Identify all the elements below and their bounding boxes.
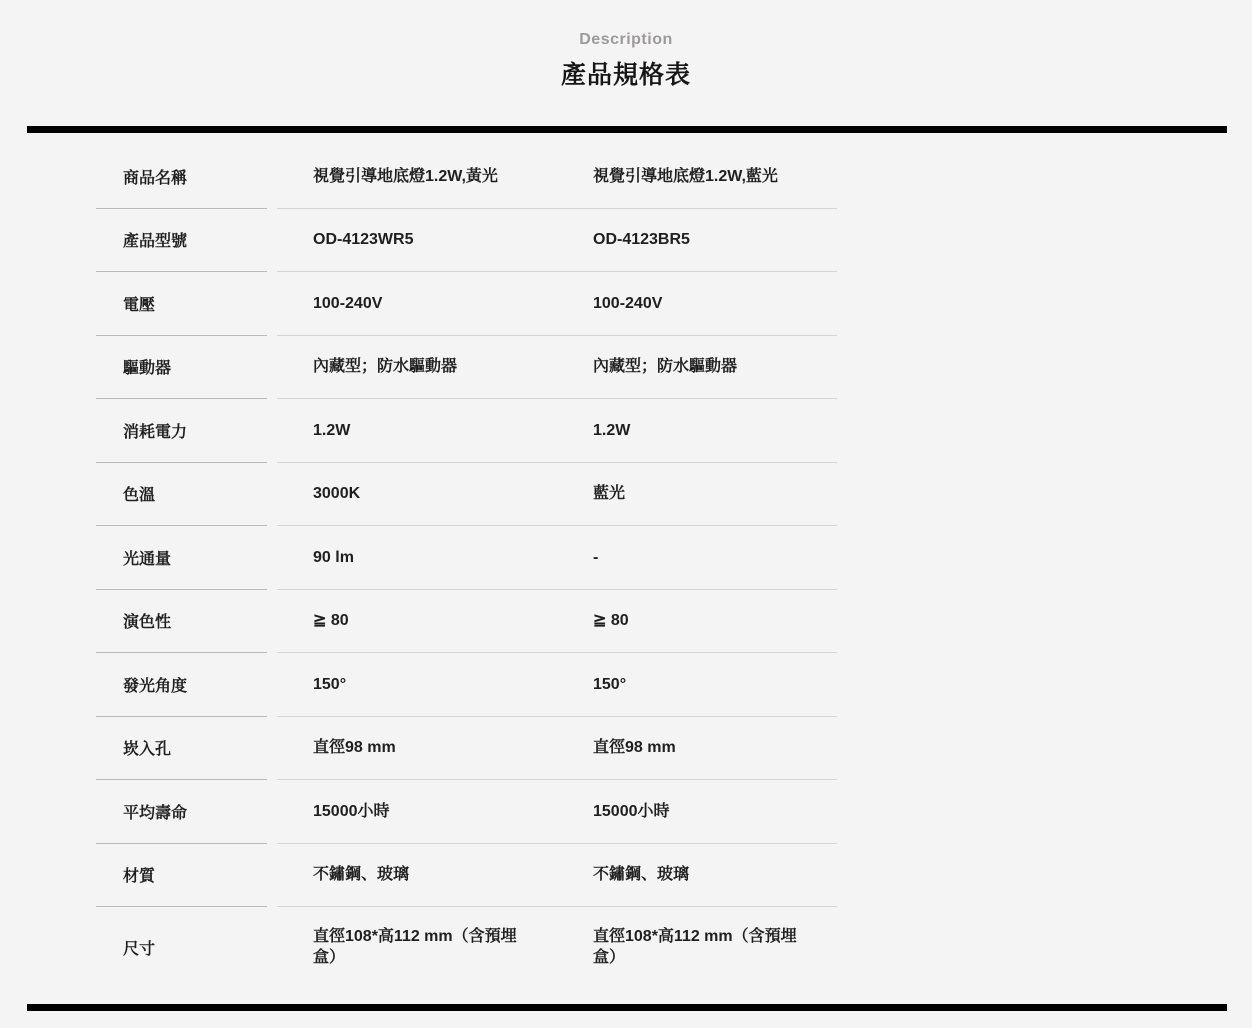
column-gap	[267, 463, 277, 527]
spec-label: 色溫	[96, 463, 267, 527]
spec-value-col2: OD-4123BR5	[557, 209, 837, 272]
spec-value-col1: 1.2W	[277, 399, 557, 462]
bottom-rule	[27, 1004, 1227, 1011]
spec-label: 演色性	[96, 590, 267, 654]
spec-value-col1: 150°	[277, 653, 557, 716]
spec-label: 平均壽命	[96, 780, 267, 844]
spec-value-col2: ≧ 80	[557, 590, 837, 653]
spec-value-col2: 100-240V	[557, 272, 837, 335]
spec-values: 內藏型；防水驅動器 內藏型；防水驅動器	[277, 336, 837, 400]
column-gap	[267, 399, 277, 463]
spec-value-col1: 視覺引導地底燈1.2W,黃光	[277, 145, 557, 208]
spec-label: 材質	[96, 844, 267, 908]
column-gap	[267, 907, 277, 987]
spec-values: 直徑108*高112 mm（含預埋盒） 直徑108*高112 mm（含預埋盒）	[277, 907, 837, 987]
column-gap	[267, 272, 277, 336]
spec-value-col2: 內藏型；防水驅動器	[557, 336, 837, 399]
spec-label: 崁入孔	[96, 717, 267, 781]
spec-value-col1: 90 lm	[277, 526, 557, 589]
spec-label: 驅動器	[96, 336, 267, 400]
spec-label: 尺寸	[96, 907, 267, 987]
spec-values: 90 lm -	[277, 526, 837, 590]
column-gap	[267, 653, 277, 717]
spec-value-col1: 15000小時	[277, 780, 557, 843]
spec-value-col1: 3000K	[277, 463, 557, 526]
top-rule	[27, 126, 1227, 133]
spec-values: 直徑98 mm 直徑98 mm	[277, 717, 837, 781]
column-gap	[267, 336, 277, 400]
column-gap	[267, 844, 277, 908]
spec-label: 商品名稱	[96, 145, 267, 209]
spec-value-col2: 150°	[557, 653, 837, 716]
spec-row: 光通量 90 lm -	[96, 526, 837, 590]
spec-row: 演色性 ≧ 80 ≧ 80	[96, 590, 837, 654]
spec-values: 1.2W 1.2W	[277, 399, 837, 463]
spec-values: ≧ 80 ≧ 80	[277, 590, 837, 654]
spec-value-col2: 不鏽鋼、玻璃	[557, 844, 837, 907]
spec-label: 電壓	[96, 272, 267, 336]
spec-row: 消耗電力 1.2W 1.2W	[96, 399, 837, 463]
spec-label: 光通量	[96, 526, 267, 590]
spec-label: 發光角度	[96, 653, 267, 717]
spec-row: 崁入孔 直徑98 mm 直徑98 mm	[96, 717, 837, 781]
spec-value-col2: 1.2W	[557, 399, 837, 462]
spec-value-col1: 100-240V	[277, 272, 557, 335]
spec-value-col1: 直徑108*高112 mm（含預埋盒）	[277, 907, 557, 987]
spec-value-col1: 不鏽鋼、玻璃	[277, 844, 557, 907]
spec-row: 電壓 100-240V 100-240V	[96, 272, 837, 336]
spec-values: OD-4123WR5 OD-4123BR5	[277, 209, 837, 273]
spec-value-col2: 藍光	[557, 463, 837, 526]
spec-values: 3000K 藍光	[277, 463, 837, 527]
spec-row: 材質 不鏽鋼、玻璃 不鏽鋼、玻璃	[96, 844, 837, 908]
spec-values: 15000小時 15000小時	[277, 780, 837, 844]
spec-values: 100-240V 100-240V	[277, 272, 837, 336]
column-gap	[267, 209, 277, 273]
spec-value-col1: OD-4123WR5	[277, 209, 557, 272]
column-gap	[267, 145, 277, 209]
column-gap	[267, 780, 277, 844]
spec-row: 發光角度 150° 150°	[96, 653, 837, 717]
page-title: 產品規格表	[0, 62, 1252, 88]
spec-value-col2: 15000小時	[557, 780, 837, 843]
spec-row: 驅動器 內藏型；防水驅動器 內藏型；防水驅動器	[96, 336, 837, 400]
spec-values: 150° 150°	[277, 653, 837, 717]
spec-row: 尺寸 直徑108*高112 mm（含預埋盒） 直徑108*高112 mm（含預埋…	[96, 907, 837, 987]
spec-row: 商品名稱 視覺引導地底燈1.2W,黃光 視覺引導地底燈1.2W,藍光	[96, 145, 837, 209]
spec-row: 平均壽命 15000小時 15000小時	[96, 780, 837, 844]
spec-label: 消耗電力	[96, 399, 267, 463]
description-eyebrow: Description	[0, 0, 1252, 48]
spec-values: 不鏽鋼、玻璃 不鏽鋼、玻璃	[277, 844, 837, 908]
spec-value-col2: 視覺引導地底燈1.2W,藍光	[557, 145, 837, 208]
column-gap	[267, 590, 277, 654]
spec-value-col1: 內藏型；防水驅動器	[277, 336, 557, 399]
column-gap	[267, 717, 277, 781]
spec-value-col2: 直徑98 mm	[557, 717, 837, 780]
column-gap	[267, 526, 277, 590]
spec-table: 商品名稱 視覺引導地底燈1.2W,黃光 視覺引導地底燈1.2W,藍光 產品型號 …	[96, 145, 837, 987]
spec-value-col2: 直徑108*高112 mm（含預埋盒）	[557, 907, 837, 987]
spec-row: 產品型號 OD-4123WR5 OD-4123BR5	[96, 209, 837, 273]
spec-row: 色溫 3000K 藍光	[96, 463, 837, 527]
page: Description 產品規格表 商品名稱 視覺引導地底燈1.2W,黃光 視覺…	[0, 0, 1252, 1028]
spec-value-col1: 直徑98 mm	[277, 717, 557, 780]
spec-values: 視覺引導地底燈1.2W,黃光 視覺引導地底燈1.2W,藍光	[277, 145, 837, 209]
spec-value-col2: -	[557, 526, 837, 589]
spec-label: 產品型號	[96, 209, 267, 273]
spec-value-col1: ≧ 80	[277, 590, 557, 653]
